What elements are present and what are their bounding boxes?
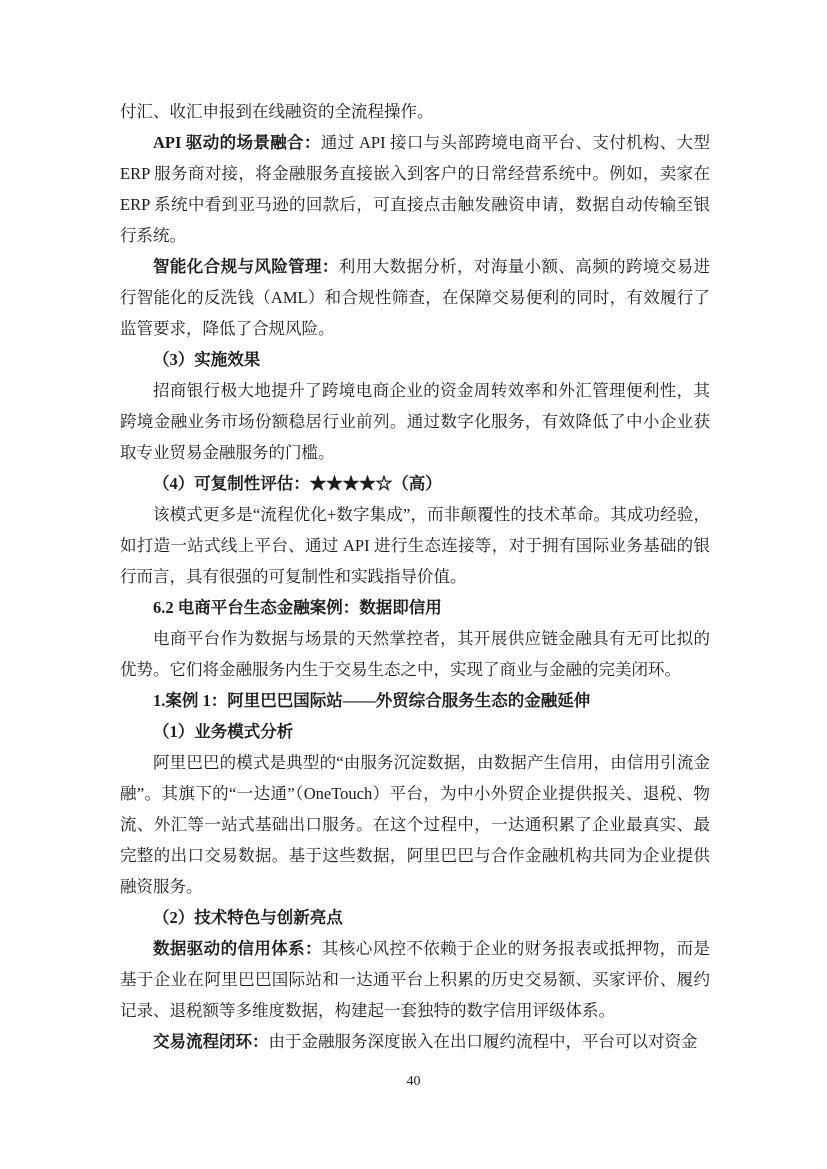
heading-business-model-analysis: （1）业务模式分析 — [120, 716, 710, 747]
heading-tech-features: （2）技术特色与创新亮点 — [120, 902, 710, 933]
heading-section-6-2: 6.2 电商平台生态金融案例：数据即信用 — [120, 592, 710, 623]
heading-implementation-effect: （3）实施效果 — [120, 344, 710, 375]
paragraph-lead: 智能化合规与风险管理： — [153, 257, 339, 276]
document-page: 付汇、收汇申报到在线融资的全流程操作。 API 驱动的场景融合：通过 API 接… — [0, 0, 827, 1169]
paragraph-text: 招商银行极大地提升了跨境电商企业的资金周转效率和外汇管理便利性，其跨境金融业务市… — [120, 381, 710, 462]
heading-text: 6.2 电商平台生态金融案例：数据即信用 — [153, 598, 442, 617]
heading-text: （2）技术特色与创新亮点 — [153, 908, 343, 927]
paragraph-text: 电商平台作为数据与场景的天然掌控者，其开展供应链金融具有无可比拟的优势。它们将金… — [120, 629, 710, 679]
paragraph-text: 阿里巴巴的模式是典型的“由服务沉淀数据，由数据产生信用，由信用引流金融”。其旗下… — [120, 753, 710, 896]
paragraph-ecommerce-platform: 电商平台作为数据与场景的天然掌控者，其开展供应链金融具有无可比拟的优势。它们将金… — [120, 623, 710, 685]
paragraph-lead: API 驱动的场景融合： — [153, 133, 321, 152]
paragraph-cmb-effect: 招商银行极大地提升了跨境电商企业的资金周转效率和外汇管理便利性，其跨境金融业务市… — [120, 375, 710, 468]
page-number: 40 — [0, 1074, 827, 1090]
heading-text: （1）业务模式分析 — [153, 722, 293, 741]
paragraph-alibaba-model: 阿里巴巴的模式是典型的“由服务沉淀数据，由数据产生信用，由信用引流金融”。其旗下… — [120, 747, 710, 902]
paragraph-text: 由于金融服务深度嵌入在出口履约流程中，平台可以对资金 — [269, 1032, 698, 1051]
paragraph-compliance-risk: 智能化合规与风险管理：利用大数据分析，对海量小额、高频的跨境交易进行智能化的反洗… — [120, 251, 710, 344]
paragraph-lead: 数据驱动的信用体系： — [153, 939, 322, 958]
heading-case-1-alibaba: 1.案例 1：阿里巴巴国际站——外贸综合服务生态的金融延伸 — [120, 685, 710, 716]
paragraph-text: 付汇、收汇申报到在线融资的全流程操作。 — [120, 102, 434, 121]
heading-replicability-rating: （4）可复制性评估：★★★★☆（高） — [120, 468, 710, 499]
paragraph-lead: 交易流程闭环： — [153, 1032, 269, 1051]
heading-text: （4）可复制性评估：★★★★☆（高） — [153, 474, 442, 493]
paragraph-text: 该模式更多是“流程优化+数字集成”，而非颠覆性的技术革命。其成功经验，如打造一站… — [120, 505, 710, 586]
paragraph-transaction-loop: 交易流程闭环：由于金融服务深度嵌入在出口履约流程中，平台可以对资金 — [120, 1026, 710, 1057]
paragraph-model-assessment: 该模式更多是“流程优化+数字集成”，而非颠覆性的技术革命。其成功经验，如打造一站… — [120, 499, 710, 592]
paragraph-api-fusion: API 驱动的场景融合：通过 API 接口与头部跨境电商平台、支付机构、大型 E… — [120, 127, 710, 251]
paragraph-data-driven-credit: 数据驱动的信用体系：其核心风控不依赖于企业的财务报表或抵押物，而是基于企业在阿里… — [120, 933, 710, 1026]
heading-text: （3）实施效果 — [153, 350, 260, 369]
heading-text: 1.案例 1：阿里巴巴国际站——外贸综合服务生态的金融延伸 — [153, 691, 590, 710]
paragraph-continuation: 付汇、收汇申报到在线融资的全流程操作。 — [120, 96, 710, 127]
page-content: 付汇、收汇申报到在线融资的全流程操作。 API 驱动的场景融合：通过 API 接… — [120, 96, 710, 1057]
